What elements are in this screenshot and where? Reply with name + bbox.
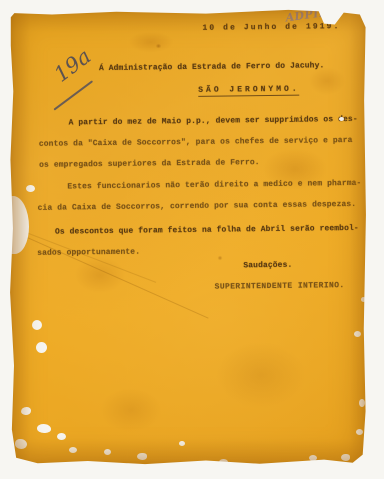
body-line: os empregados superiores da Estrada de F… [39,158,260,170]
recipient-line: Á Administração da Estrada de Ferro do J… [99,61,325,73]
body-line: cia da Caixa de Soccorros, correndo por … [38,200,357,213]
archival-code-handwriting: ADPII-1967 [285,1,363,24]
date-line: 10 de Junho de 1919. [202,22,340,33]
body-line: contos da "Caixa de Soccorros", para os … [39,136,353,149]
letter-paper: ADPII-1967 10 de Junho de 1919. 19a Á Ad… [9,9,367,466]
signature-line: SUPERINTENDENTE INTERINO. [215,281,345,292]
body-line: Estes funccionarios não terão direito a … [67,179,361,192]
closing-line: Saudações. [243,261,292,271]
location-heading: SÃO JERONYMO. [198,85,300,97]
body-line: A partir do mez de Maio p.p., devem ser … [69,115,358,128]
body-line: sados opportunamente. [37,248,140,258]
body-line: Os descontos que foram feitos na folha d… [55,224,359,237]
page-number-handwriting: 19a [50,44,96,87]
handwriting-underline-stroke [53,80,93,110]
letter-text-layer: ADPII-1967 10 de Junho de 1919. 19a Á Ad… [6,7,370,468]
scanned-letter-page: ADPII-1967 10 de Junho de 1919. 19a Á Ad… [0,0,384,479]
